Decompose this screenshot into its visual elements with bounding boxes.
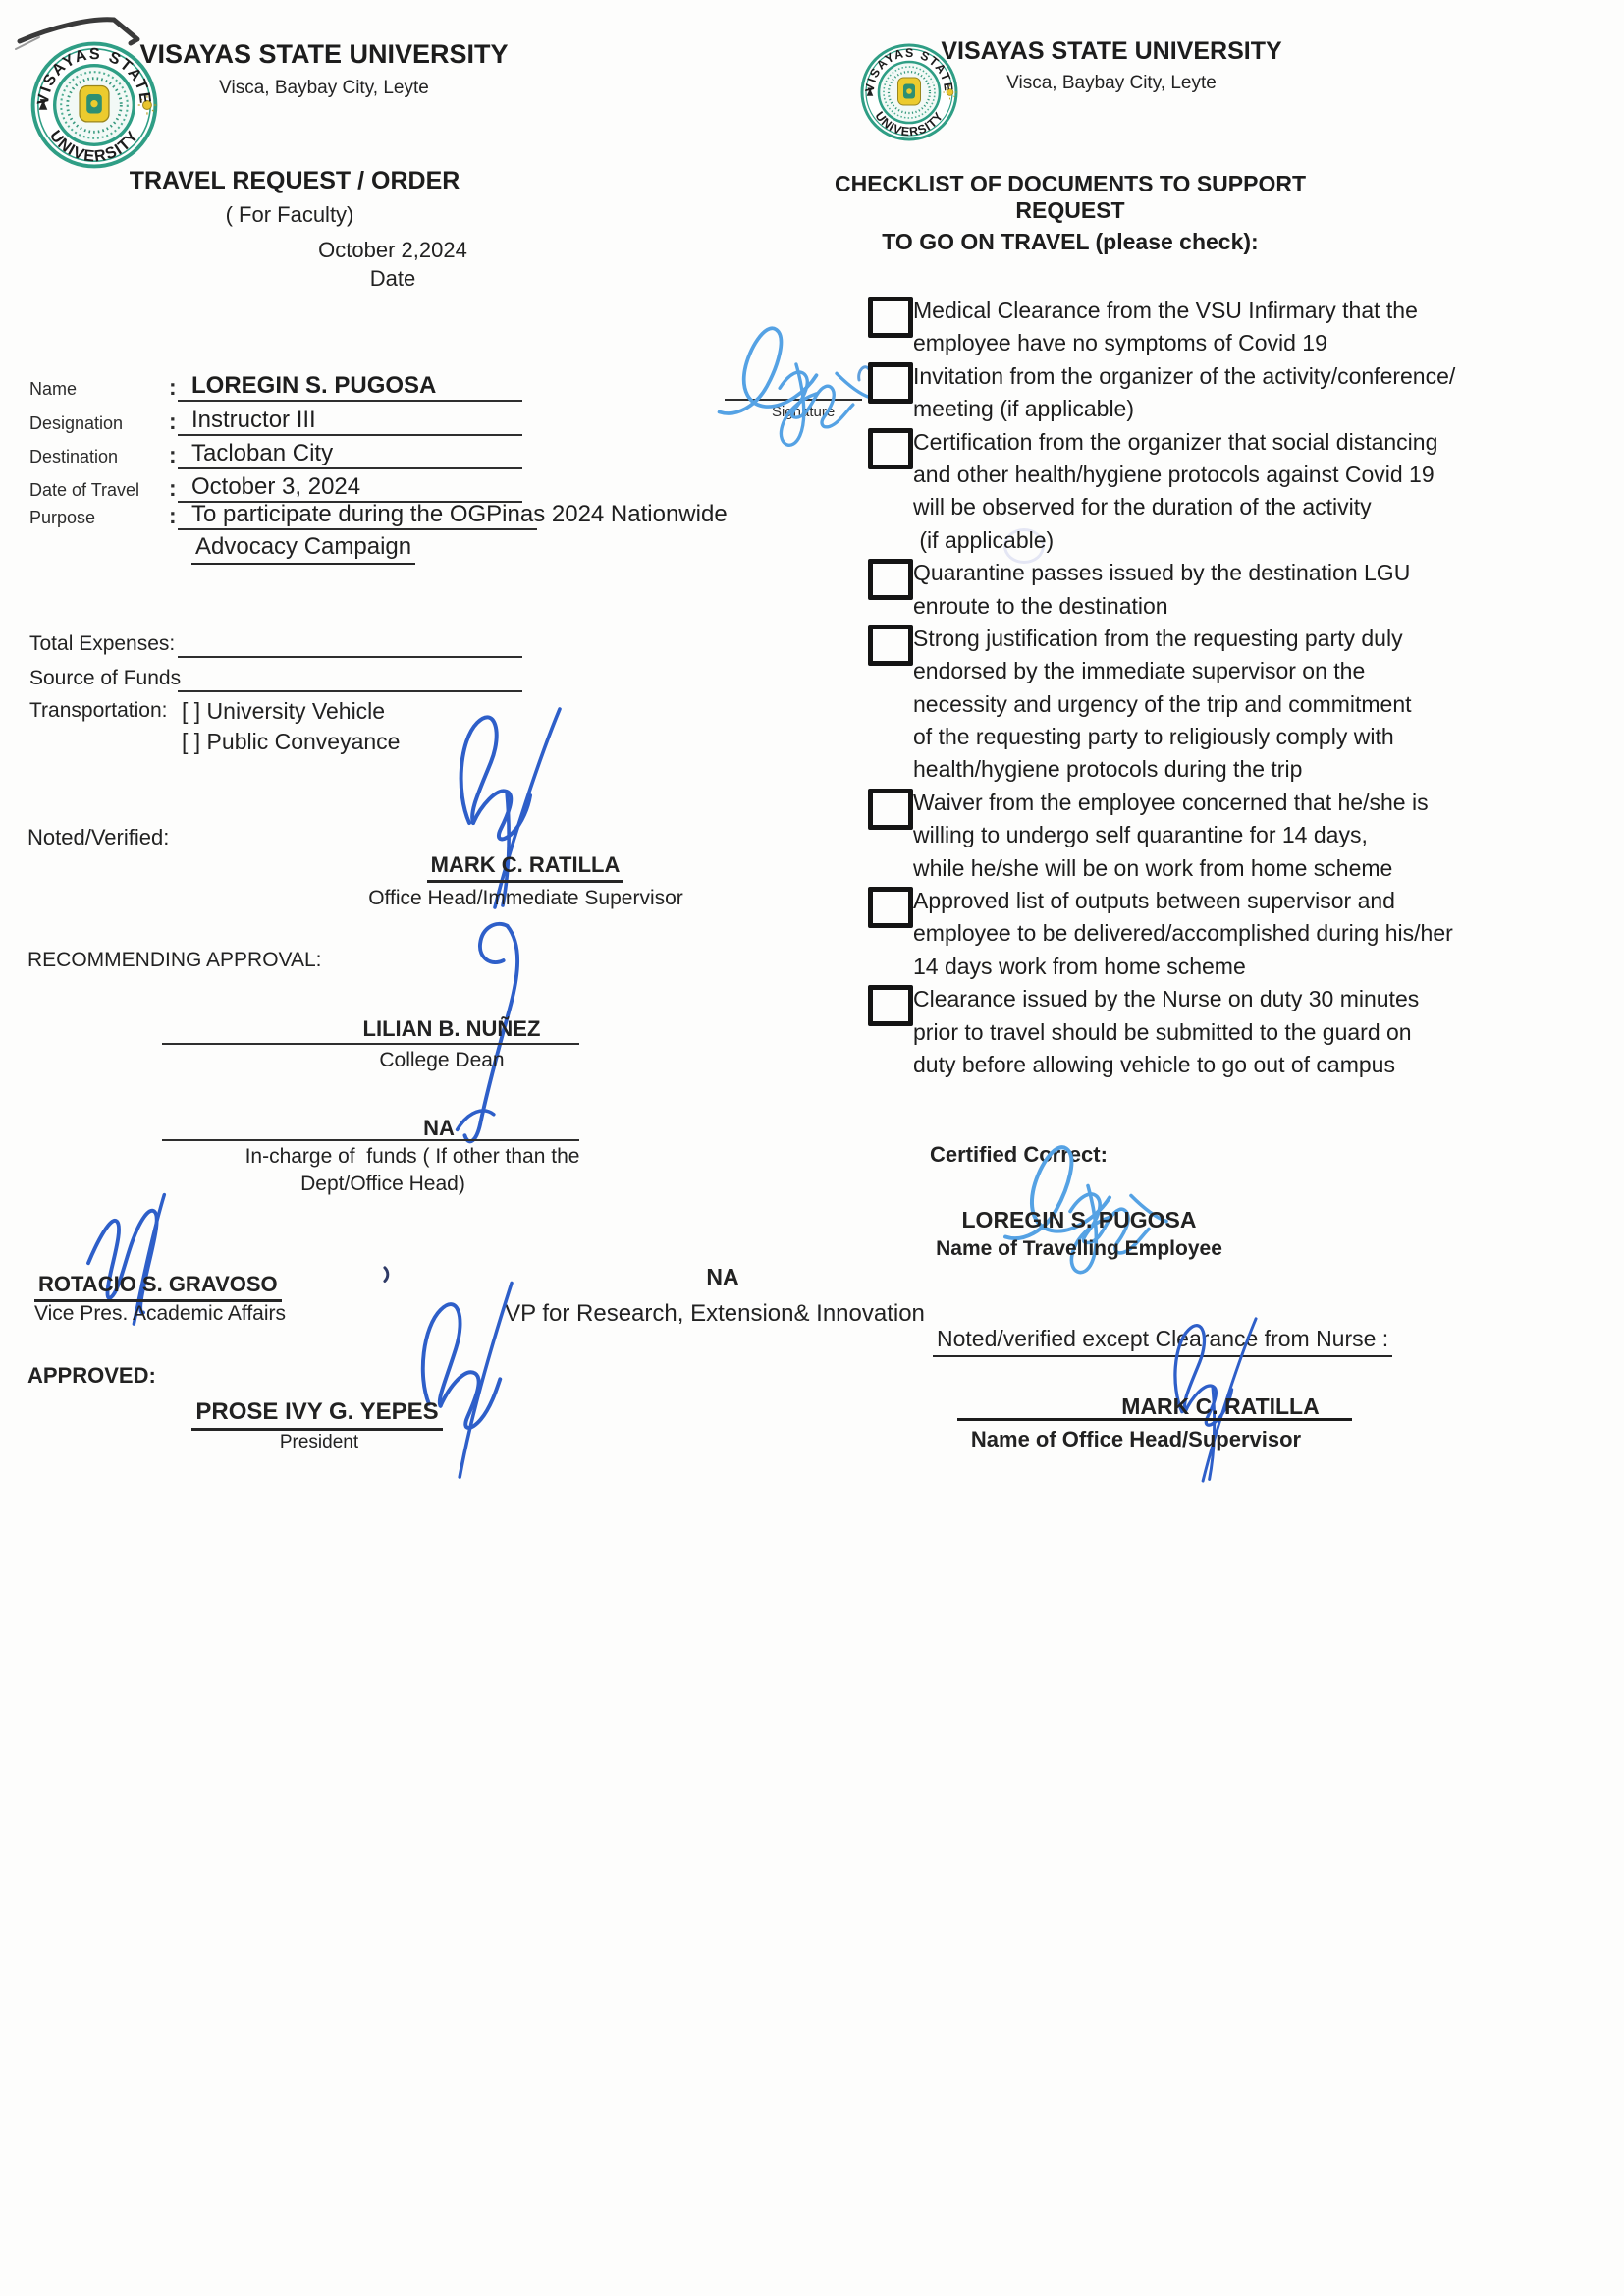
dean-name: LILIAN B. NUÑEZ [304,1016,599,1042]
right-address: Visca, Baybay City, Leyte [940,73,1283,94]
dean-title: College Dean [295,1049,589,1072]
supervisor-name: MARK C. RATILLA [427,852,624,883]
field-line: To participate during the OGPinas 2024 N… [178,501,537,530]
checklist-item: Waiver from the employee concerned that … [868,787,1477,885]
date-value: October 2,2024 [299,238,486,263]
checklist-title-line2: TO GO ON TRAVEL (please check): [805,229,1335,255]
checklist-line: prior to travel should be submitted to t… [913,1016,1477,1049]
incharge-underline [162,1118,579,1141]
field-value: LOREGIN S. PUGOSA [178,372,436,400]
signature-pugosa [702,309,889,447]
checklist-line: duty before allowing vehicle to go out o… [913,1049,1477,1081]
checkbox [868,985,913,1026]
checklist-item: Approved list of outputs between supervi… [868,885,1477,983]
checkbox [868,297,913,338]
field-colon: : [169,503,177,529]
traveling-employee-title: Name of Travelling Employee [932,1237,1226,1261]
checklist-line: Approved list of outputs between supervi… [913,885,1477,917]
field-value: Instructor III [178,407,316,434]
form-subtitle: ( For Faculty) [93,202,486,228]
field-value: October 3, 2024 [178,473,360,501]
source-of-funds-label: Source of Funds [29,667,181,690]
incharge-title-line2: Dept/Office Head) [191,1173,574,1196]
checklist: Medical Clearance from the VSU Infirmary… [868,295,1477,1081]
field-label: Purpose [29,508,95,528]
checklist-line: Quarantine passes issued by the destinat… [913,557,1477,589]
checkbox [868,625,913,666]
vp-academic-title: Vice Pres. Academic Affairs [34,1302,286,1326]
vp-academic-name: ROTACIO S. GRAVOSO [34,1272,282,1302]
checklist-line: while he/she will be on work from home s… [913,852,1477,885]
checkbox [868,559,913,600]
checklist-item: Certification from the organizer that so… [868,426,1477,558]
total-expenses-line [178,630,522,658]
field-label: Name [29,379,77,400]
checklist-line: (if applicable) [913,524,1477,557]
office-head-name: MARK C. RATILLA [1073,1394,1368,1420]
field-colon: : [169,409,177,435]
checklist-line: of the requesting party to religiously c… [913,721,1477,753]
field-value: Tacloban City [178,440,333,467]
field-line: LOREGIN S. PUGOSA [178,372,522,402]
field-label: Date of Travel [29,480,139,501]
checklist-line: willing to undergo self quarantine for 1… [913,819,1477,851]
president-name: PROSE IVY G. YEPES [191,1398,442,1431]
field-colon: : [169,442,177,468]
checklist-line: 14 days work from home scheme [913,951,1477,983]
field-label: Designation [29,413,123,434]
page: VISAYAS STATE UNIVERSITY [0,0,1624,2296]
approved-label: APPROVED: [27,1363,156,1389]
signature-pugosa-2 [994,1105,1180,1296]
incharge-title-line1: In-charge of funds ( If other than the [191,1145,633,1169]
checklist-line: necessity and urgency of the trip and co… [913,688,1477,721]
office-head-underline [957,1418,1352,1421]
field-line: Instructor III [178,407,522,436]
checklist-line: Invitation from the organizer of the act… [913,360,1477,393]
checklist-item: Strong justification from the requesting… [868,623,1477,787]
checklist-line: Medical Clearance from the VSU Infirmary… [913,295,1477,327]
checklist-item: Medical Clearance from the VSU Infirmary… [868,295,1477,360]
transportation-label: Transportation: [29,699,167,723]
checkbox [868,362,913,404]
checkbox [868,887,913,928]
field-colon: : [169,475,177,502]
field-value: To participate during the OGPinas 2024 N… [178,501,728,528]
checklist-line: Clearance issued by the Nurse on duty 30… [913,983,1477,1015]
checklist-line: employee to be delivered/accomplished du… [913,917,1477,950]
supervisor-title: Office Head/Immediate Supervisor [347,887,705,910]
checklist-line: meeting (if applicable) [913,393,1477,425]
left-university-name: VISAYAS STATE UNIVERSITY [133,39,515,70]
field-line: Tacloban City [178,440,522,469]
vp-research-na: NA [676,1264,770,1290]
checklist-line: employee have no symptoms of Covid 19 [913,327,1477,359]
checklist-line: and other health/hygiene protocols again… [913,459,1477,491]
recommending-approval-label: RECOMMENDING APPROVAL: [27,949,322,972]
checklist-line: Strong justification from the requesting… [913,623,1477,655]
checklist-line: health/hygiene protocols during the trip [913,753,1477,786]
transport-option-university-vehicle: [ ] University Vehicle [182,698,385,725]
checklist-line: will be observed for the duration of the… [913,491,1477,523]
transport-option-public-conveyance: [ ] Public Conveyance [182,729,400,755]
checklist-item: Invitation from the organizer of the act… [868,360,1477,426]
checklist-item: Clearance issued by the Nurse on duty 30… [868,983,1477,1081]
office-head-title: Name of Office Head/Supervisor [940,1427,1332,1452]
form-title: TRAVEL REQUEST / ORDER [93,167,496,195]
traveling-employee-name: LOREGIN S. PUGOSA [932,1207,1226,1233]
field-colon: : [169,374,177,401]
purpose-line2: Advocacy Campaign [191,533,415,565]
field-line: October 3, 2024 [178,473,522,503]
checklist-line: Certification from the organizer that so… [913,426,1477,459]
left-address: Visca, Baybay City, Leyte [133,78,515,99]
president-title: President [221,1432,417,1453]
checklist-title-line1: CHECKLIST OF DOCUMENTS TO SUPPORT REQUES… [805,171,1335,224]
checklist-line: enroute to the destination [913,590,1477,623]
checkbox [868,789,913,830]
total-expenses-label: Total Expenses: [29,632,175,656]
noted-verified-label: Noted/Verified: [27,825,169,850]
checklist-line: endorsed by the immediate supervisor on … [913,655,1477,687]
right-university-name: VISAYAS STATE UNIVERSITY [940,37,1283,66]
checkbox [868,428,913,469]
checklist-item: Quarantine passes issued by the destinat… [868,557,1477,623]
date-label: Date [299,266,486,292]
checklist-line: Waiver from the employee concerned that … [913,787,1477,819]
field-label: Destination [29,447,118,467]
